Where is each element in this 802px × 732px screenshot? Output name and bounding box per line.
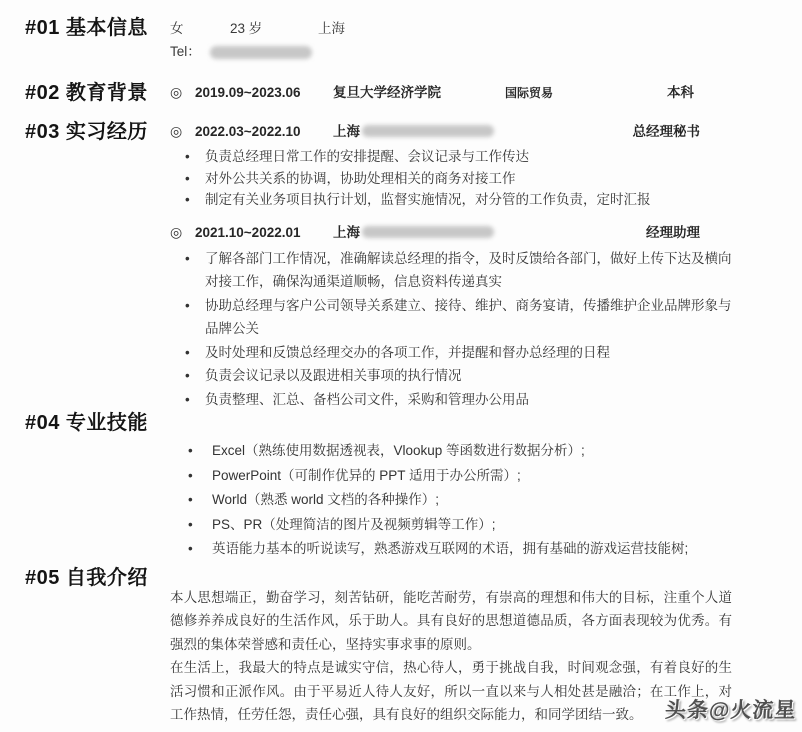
entry-marker-icon: ◎ [170,120,195,142]
section-heading-education: #02 教育背景 [25,81,170,105]
basic-info-row: 女 23 岁 上海 [170,16,732,39]
job-2-bullet: 负责整理、汇总、备档公司文件，采购和管理办公用品 [185,388,732,412]
skill-item-word: World（熟悉 world 文档的各种操作）; [188,488,732,513]
skill-item-powerpoint: PowerPoint（可制作优异的 PPT 适用于办公所需）; [188,464,732,489]
age-value: 23 岁 [230,19,318,39]
about-paragraph-1: 本人思想端正，勤奋学习，刻苦钻研，能吃苦耐劳，有崇高的理想和伟大的目标，注重个人… [170,586,732,657]
section-heading-about: #05 自我介绍 [25,566,170,590]
job-1-title: 总经理秘书 [633,121,701,143]
section-heading-skills: #04 专业技能 [25,411,170,435]
tel-label: Tel： [170,42,201,62]
section-heading-basic-info: #01 基本信息 [25,16,170,40]
job-1-company: 上海 [333,121,494,143]
city-value: 上海 [318,19,345,39]
education-degree: 本科 [667,82,694,104]
job-2-bullet-list: 了解各部门工作情况，准确解读总经理的指令，及时反馈给各部门，做好上传下达及横向对… [170,247,732,412]
education-content: ◎ 2019.09~2023.06 复旦大学经济学院 国际贸易 本科 [170,81,802,104]
section-heading-internship: #03 实习经历 [25,120,170,144]
job-2-bullet: 了解各部门工作情况，准确解读总经理的指令，及时反馈给各部门，做好上传下达及横向对… [185,247,732,294]
job-2-company: 上海 [333,222,494,244]
job-2-bullet: 协助总经理与客户公司领导关系建立、接待、维护、商务宴请，传播维护企业品牌形象与品… [185,294,732,341]
job-2-bullet: 负责会议记录以及跟进相关事项的执行情况 [185,364,732,388]
resume-page: #01 基本信息 女 23 岁 上海 Tel： #02 教育背景 ◎ 2019.… [0,0,802,732]
section-education: #02 教育背景 ◎ 2019.09~2023.06 复旦大学经济学院 国际贸易… [25,81,802,105]
job-1-bullet: 对外公共关系的协调，协助处理相关的商务对接工作 [185,168,732,190]
redacted-company-name [362,226,494,238]
tel-row: Tel： [170,42,732,62]
basic-info-content: 女 23 岁 上海 Tel： [170,16,802,62]
entry-marker-icon: ◎ [170,221,195,243]
job-2-bullet: 及时处理和反馈总经理交办的各项工作，并提醒和督办总经理的日程 [185,341,732,365]
job-2-title: 经理助理 [646,222,700,244]
about-paragraph-2: 在生活上，我最大的特点是诚实守信，热心待人，勇于挑战自我，时间观念强，有着良好的… [170,656,732,727]
skill-item-ps-pr: PS、PR（处理简洁的图片及视频剪辑等工作）; [188,513,732,538]
job-1-header: ◎ 2022.03~2022.10 上海 总经理秘书 [170,120,732,143]
skill-item-excel: Excel（熟练使用数据透视表，Vlookup 等函数进行数据分析）; [188,439,732,464]
job-1-bullet: 制定有关业务项目执行计划，监督实施情况，对分管的工作负责，定时汇报 [185,189,732,211]
job-entry-2: ◎ 2021.10~2022.01 上海 经理助理 了解各部门工作情况，准确解读… [170,221,732,412]
job-entry-1: ◎ 2022.03~2022.10 上海 总经理秘书 负责总经理日常工作的安排提… [170,120,732,211]
section-basic-info: #01 基本信息 女 23 岁 上海 Tel： [25,16,802,62]
education-period: 2019.09~2023.06 [195,82,333,104]
job-1-period: 2022.03~2022.10 [195,121,333,143]
redacted-company-name [362,125,494,137]
skills-list: Excel（熟练使用数据透视表，Vlookup 等函数进行数据分析）; Powe… [170,439,732,562]
job-1-bullet-list: 负责总经理日常工作的安排提醒、会议记录与工作传达 对外公共关系的协调，协助处理相… [170,146,732,211]
internship-content: ◎ 2022.03~2022.10 上海 总经理秘书 负责总经理日常工作的安排提… [170,120,802,411]
education-school: 复旦大学经济学院 [333,82,505,104]
job-2-company-prefix: 上海 [333,222,360,244]
job-1-company-prefix: 上海 [333,121,360,143]
toutiao-watermark: 头条@火流星 [664,694,797,724]
skill-item-english: 英语能力基本的听说读写，熟悉游戏互联网的术语，拥有基础的游戏运营技能树; [188,537,732,562]
section-skills: #04 专业技能 Excel（熟练使用数据透视表，Vlookup 等函数进行数据… [25,411,802,562]
education-major: 国际贸易 [505,82,667,104]
job-2-header: ◎ 2021.10~2022.01 上海 经理助理 [170,221,732,244]
job-2-period: 2021.10~2022.01 [195,222,333,244]
redacted-phone-number [210,46,312,59]
section-internship: #03 实习经历 ◎ 2022.03~2022.10 上海 总经理秘书 负责总经… [25,120,802,411]
job-1-bullet: 负责总经理日常工作的安排提醒、会议记录与工作传达 [185,146,732,168]
gender-value: 女 [170,19,230,39]
education-entry: ◎ 2019.09~2023.06 复旦大学经济学院 国际贸易 本科 [170,81,732,104]
skills-content: Excel（熟练使用数据透视表，Vlookup 等函数进行数据分析）; Powe… [170,411,802,562]
entry-marker-icon: ◎ [170,81,195,103]
